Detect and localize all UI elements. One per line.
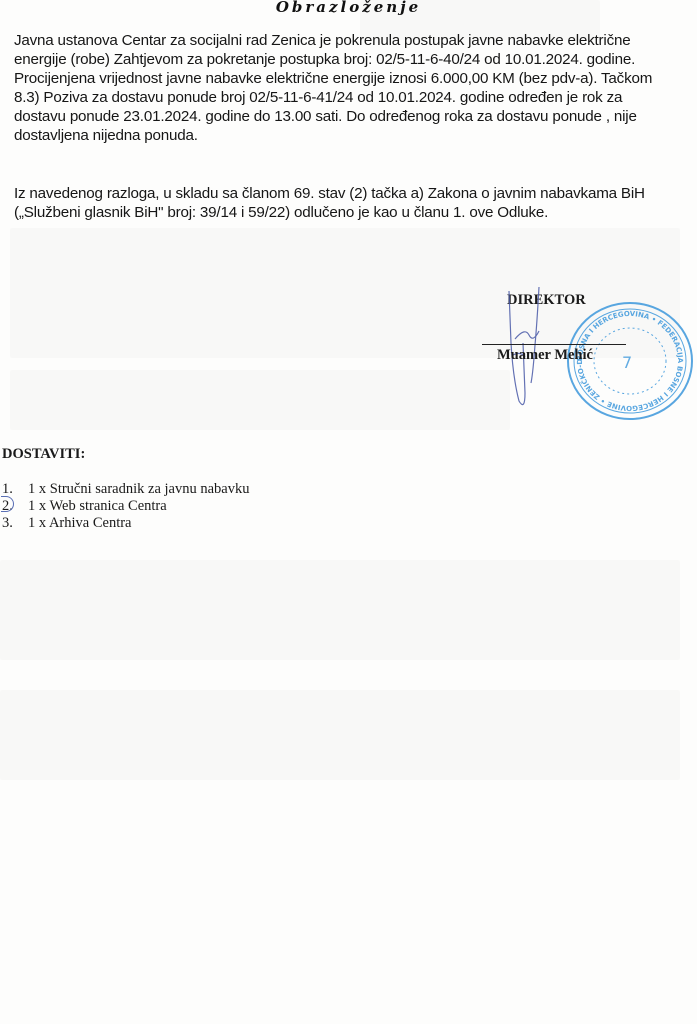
- bleed-through: [10, 370, 510, 430]
- distribution-heading: DOSTAVITI:: [2, 446, 85, 463]
- list-item-number: 3.: [2, 515, 28, 532]
- list-item: 2. 1 x Web stranica Centra: [2, 498, 249, 515]
- paragraph-procurement-start: Javna ustanova Centar za socijalni rad Z…: [14, 31, 674, 69]
- document-title: Obrazloženje: [0, 0, 697, 16]
- paragraph-estimated-value: Procijenjena vrijednost javne nabavke el…: [14, 69, 674, 145]
- bleed-through: [0, 560, 680, 660]
- document-page: Obrazloženje Javna ustanova Centar za so…: [0, 0, 697, 1024]
- distribution-list: 1. 1 x Stručni saradnik za javnu nabavku…: [2, 481, 249, 532]
- list-item-text: 1 x Web stranica Centra: [28, 498, 167, 515]
- svg-text:7: 7: [622, 353, 632, 372]
- list-item: 1. 1 x Stručni saradnik za javnu nabavku: [2, 481, 249, 498]
- list-item: 3. 1 x Arhiva Centra: [2, 515, 249, 532]
- signatory-name: Muamer Mehić: [497, 347, 593, 364]
- list-item-text: 1 x Stručni saradnik za javnu nabavku: [28, 481, 249, 498]
- bleed-through: [0, 690, 680, 780]
- list-item-text: 1 x Arhiva Centra: [28, 515, 132, 532]
- paragraph-intro: Javna ustanova Centar za socijalni rad Z…: [14, 31, 674, 145]
- signature-line: [482, 344, 626, 345]
- paragraph-decision-basis: Iz navedenog razloga, u skladu sa članom…: [14, 184, 674, 222]
